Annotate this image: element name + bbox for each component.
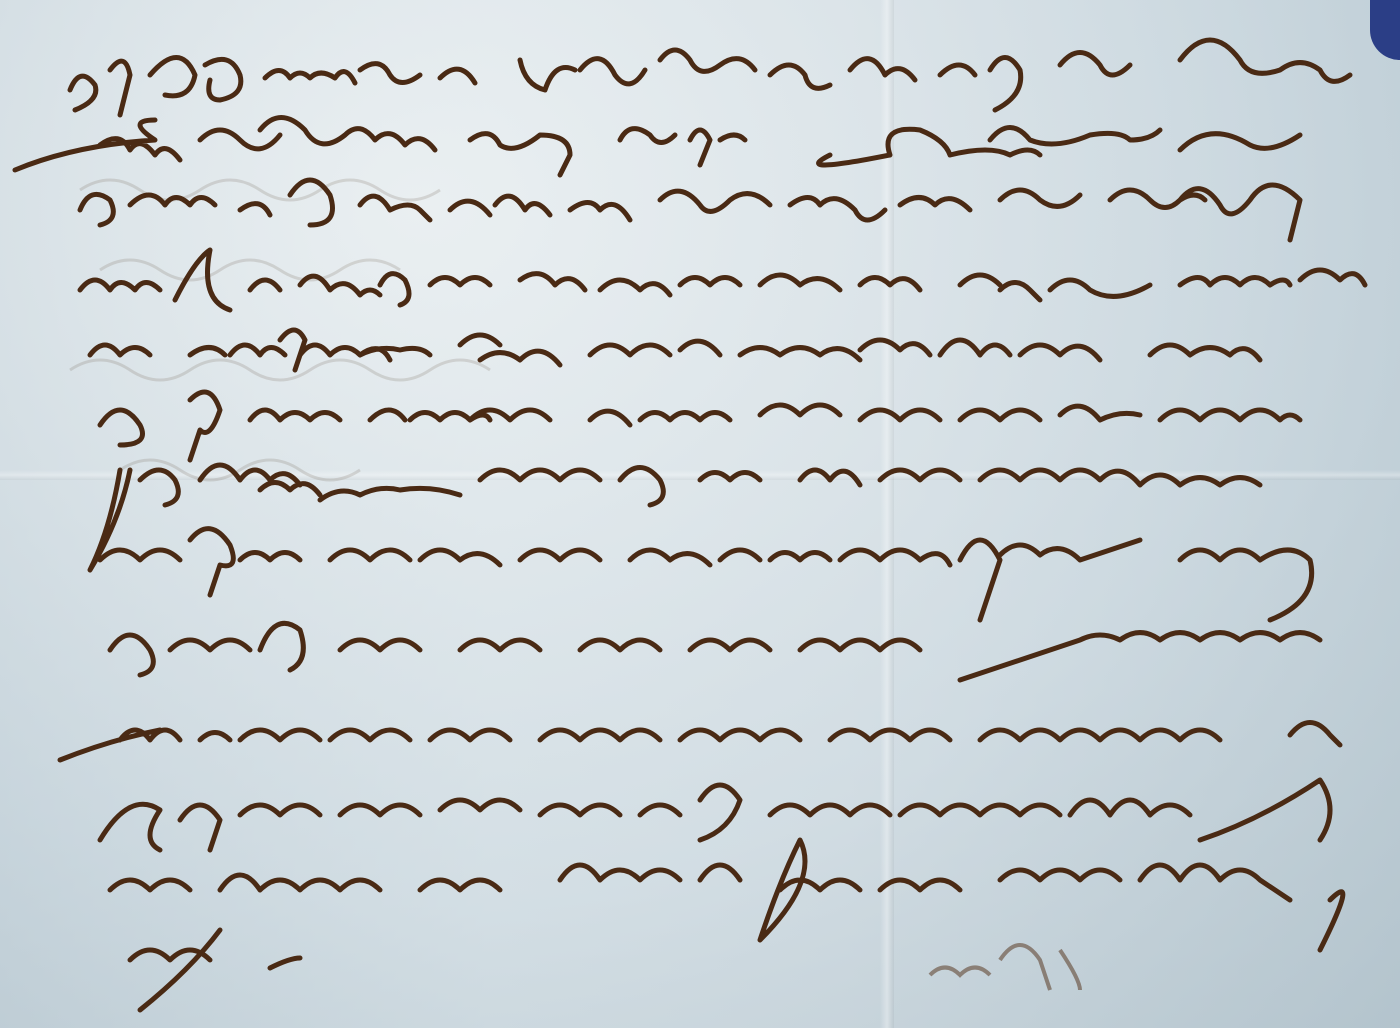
manuscript-line-11: [100, 780, 1330, 850]
handwriting-layer: [0, 0, 1400, 1028]
manuscript-line-9: [110, 623, 1320, 680]
manuscript-line-8: [100, 529, 1312, 620]
manuscript-line-1: [70, 40, 1350, 115]
manuscript-line-12: [110, 840, 1343, 950]
manuscript-line-3: [80, 180, 1300, 240]
manuscript-line-10: [60, 723, 1340, 761]
manuscript-line-13: [130, 930, 300, 1010]
manuscript-line-4: [80, 250, 1365, 310]
manuscript-line-5: [90, 330, 1260, 370]
manuscript-line-6: [100, 392, 1300, 460]
manuscript-line-2: [15, 118, 1300, 176]
faint-signature: [930, 945, 1080, 990]
